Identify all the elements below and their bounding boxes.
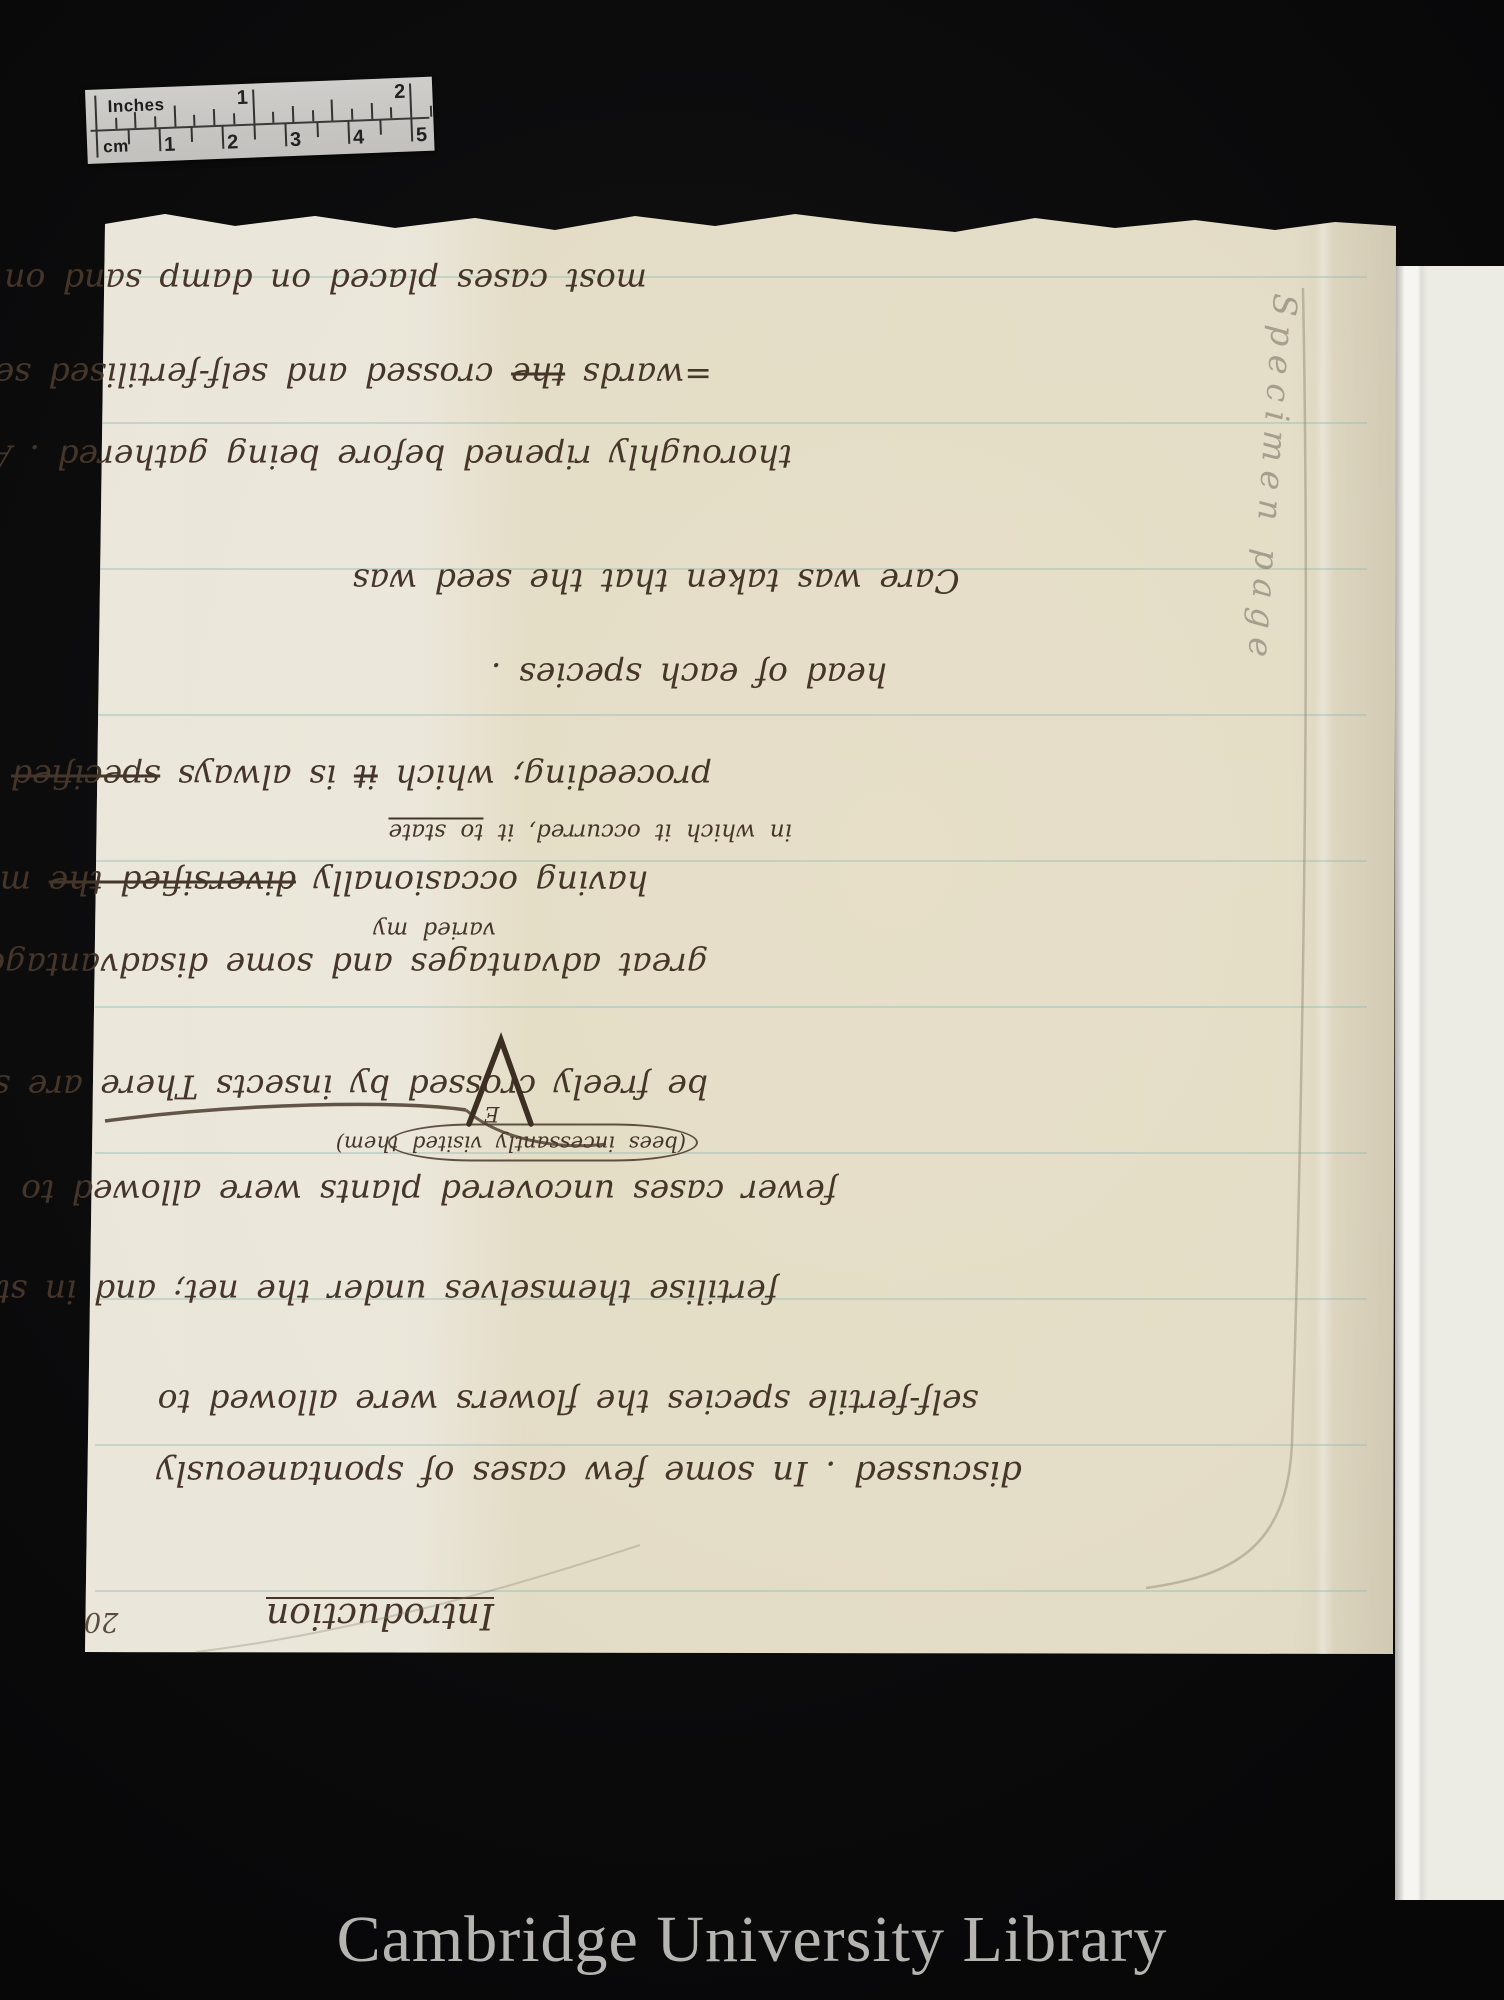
handwritten-line: proceeding; which it is always specified… bbox=[78, 752, 712, 802]
ruler-cm-number: 3 bbox=[290, 129, 302, 152]
handwritten-text-segment: self-fertile species the flowers were al… bbox=[158, 1383, 979, 1422]
ruler-tick bbox=[127, 129, 130, 144]
ruler-tick bbox=[284, 123, 287, 146]
handwritten-text-segment: it bbox=[354, 758, 378, 797]
ruler-cm-label: cm bbox=[103, 136, 129, 157]
handwritten-line: self-fertile species the flowers were al… bbox=[78, 1377, 1058, 1427]
handwritten-text-segment: most cases placed on damp sand on bbox=[0, 262, 647, 301]
ruler-tick bbox=[390, 107, 392, 118]
handwritten-line: great advantages and some disadvantages … bbox=[78, 940, 708, 990]
handwritten-text-segment: Care was taken that the seed was bbox=[352, 562, 959, 601]
handwritten-text-segment: method of bbox=[0, 864, 49, 903]
ruled-line bbox=[95, 422, 1367, 424]
handwritten-text-segment: great advantages and some disadvantages … bbox=[0, 946, 708, 985]
ruler-tick bbox=[221, 126, 224, 149]
ruled-line bbox=[95, 1152, 1367, 1154]
handwritten-text-segment: proceeding; which bbox=[378, 758, 712, 797]
ruled-line bbox=[95, 1590, 1367, 1592]
ruler-tick bbox=[173, 106, 176, 127]
handwritten-text-segment: is always bbox=[160, 758, 354, 797]
ruler-tick bbox=[193, 115, 195, 126]
handwritten-text-segment: diversified the bbox=[49, 864, 296, 903]
ruler-cm-number: 5 bbox=[416, 124, 428, 147]
ruler-tick bbox=[430, 106, 432, 117]
handwritten-line: Care was taken that the seed was bbox=[300, 556, 1012, 606]
ruler-tick-marks: 1212345 bbox=[85, 77, 432, 90]
handwritten-text-segment: thoroughly ripened before being gathered… bbox=[0, 438, 792, 477]
interlinear-insertion: (bees incessantly visited them) bbox=[388, 1124, 698, 1162]
ruler-inch-number: 1 bbox=[224, 87, 249, 111]
handwritten-text-segment: having occasionally bbox=[296, 864, 648, 903]
ruler-tick bbox=[253, 125, 256, 140]
ruler-cm-number: 4 bbox=[353, 126, 365, 149]
ruler-cm-number: 1 bbox=[164, 134, 176, 157]
handwritten-line: most cases placed on damp sand on opposi… bbox=[95, 256, 647, 306]
handwritten-text-segment: fewer cases uncovered plants were allowe… bbox=[21, 1173, 837, 1212]
ruled-line bbox=[95, 714, 1367, 716]
ruler-tick bbox=[331, 99, 334, 120]
photograph-background: Inches cm 1212345 most cases placed on d… bbox=[0, 0, 1504, 2000]
handwritten-text-segment: fertilise themselves under the net; and … bbox=[0, 1273, 778, 1312]
ruler-tick bbox=[159, 128, 162, 151]
handwritten-text-segment: varied my bbox=[373, 917, 496, 943]
caret-reference-letter: E bbox=[484, 1102, 499, 1126]
ruler-tick bbox=[272, 112, 274, 123]
library-watermark: Cambridge University Library bbox=[0, 1902, 1504, 1978]
ruler-tick bbox=[351, 109, 353, 120]
ruler-tick bbox=[379, 120, 382, 135]
handwritten-line: head of each species . bbox=[530, 650, 887, 700]
handwritten-text-segment: under the bbox=[0, 758, 11, 797]
ruler-tick bbox=[233, 113, 235, 124]
ruler-tick bbox=[115, 118, 117, 129]
handwritten-line: discussed . In some few cases of spontan… bbox=[95, 1447, 1083, 1498]
handwritten-text-segment: =wards bbox=[565, 356, 712, 395]
handwritten-text-segment: discussed . In some few cases of spontan… bbox=[156, 1453, 1022, 1493]
handwritten-line: having occasionally diversified the meth… bbox=[78, 858, 648, 908]
handwritten-text-segment: the bbox=[511, 356, 565, 395]
ruler-tick bbox=[292, 106, 295, 122]
handwritten-text-segment: (bees incessantly visited them) bbox=[336, 1132, 686, 1156]
ruler-tick bbox=[312, 110, 314, 121]
handwritten-text-segment: to state bbox=[388, 819, 483, 845]
handwritten-line: fewer cases uncovered plants were allowe… bbox=[95, 1167, 837, 1217]
ruler-tick bbox=[409, 83, 412, 117]
ruler-tick bbox=[190, 127, 193, 142]
handwritten-text-segment: specified bbox=[11, 758, 160, 797]
handwritten-line: =wards the crossed and self-fertilised s… bbox=[78, 350, 712, 400]
handwritten-text-segment: head of each species . bbox=[491, 656, 887, 695]
handwritten-text-segment: crossed and self-fertilised seeds were i… bbox=[0, 356, 511, 395]
handwritten-line: fertilise themselves under the net; and … bbox=[78, 1267, 778, 1317]
ruler-tick bbox=[252, 90, 255, 124]
handwritten-line: thoroughly ripened before being gathered… bbox=[148, 432, 792, 482]
ruler-tick bbox=[347, 121, 350, 144]
ruler-tick bbox=[370, 103, 373, 119]
ruler-tick bbox=[154, 116, 156, 127]
backing-page bbox=[1395, 266, 1504, 1900]
page-number: 20 bbox=[84, 1606, 118, 1637]
handwritten-text-segment: in which it occurred, it bbox=[483, 819, 792, 845]
handwritten-text-segment: Introduction bbox=[266, 1595, 494, 1636]
ruler-cm-number: 2 bbox=[227, 131, 239, 154]
ruler-tick bbox=[410, 118, 413, 141]
ruler-inch-number: 2 bbox=[381, 81, 406, 105]
interlinear-insertion: in which it occurred, it to state bbox=[392, 814, 792, 849]
ruler-tick bbox=[94, 96, 98, 158]
handwritten-text-segment: be freely crossed by insects There are s… bbox=[0, 1068, 708, 1107]
ruled-line bbox=[95, 1444, 1367, 1446]
ruler-tick bbox=[316, 122, 319, 137]
ruler-tick bbox=[213, 109, 216, 125]
ruled-line bbox=[95, 1006, 1367, 1008]
handwritten-line: be freely crossed by insects There are s… bbox=[148, 1062, 708, 1112]
manuscript-page bbox=[75, 206, 1397, 1658]
section-heading: Introduction bbox=[352, 1588, 494, 1642]
measurement-ruler: Inches cm 1212345 bbox=[85, 77, 435, 164]
